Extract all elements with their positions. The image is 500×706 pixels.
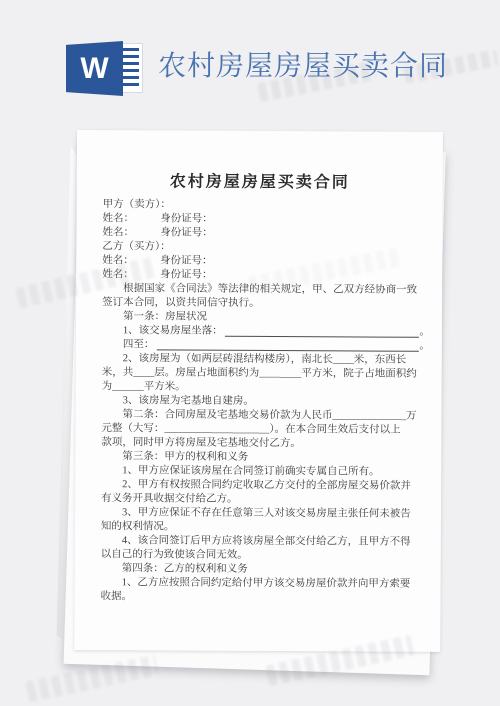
doc-line: 收据。 — [101, 590, 429, 606]
page-title: 农村房屋房屋买卖合同 — [158, 44, 448, 84]
word-icon-letter: W — [80, 54, 108, 84]
contract-page: 农村房屋房屋买卖合同 甲方（卖方）： 姓名： 身份证号： 姓名： 身份证号： 乙… — [74, 130, 443, 652]
blank-underline — [225, 326, 419, 338]
doc-line: 1、乙方应按照合同约定给付甲方该交易房屋价款并向甲方索要 — [101, 576, 429, 592]
blank-prefix: 四至： — [123, 338, 155, 352]
blank-underline — [156, 339, 418, 351]
word-icon-flag: W — [66, 41, 123, 96]
page-background: W 农村房屋房屋买卖合同 农村房屋房屋买卖合同 甲方（卖方）： 姓名： 身份证号… — [0, 0, 500, 706]
document-title: 农村房屋房屋买卖合同 — [77, 168, 443, 193]
blank-suffix: 。 — [419, 326, 430, 340]
word-document-icon: W — [66, 40, 144, 98]
blank-prefix: 1、该交易房屋坐落： — [123, 324, 223, 339]
document-body: 甲方（卖方）： 姓名： 身份证号： 姓名： 身份证号： 乙方（买方）： 姓名： … — [75, 198, 443, 606]
blank-suffix: 。 — [419, 340, 430, 354]
header: W 农村房屋房屋买卖合同 — [0, 0, 500, 110]
